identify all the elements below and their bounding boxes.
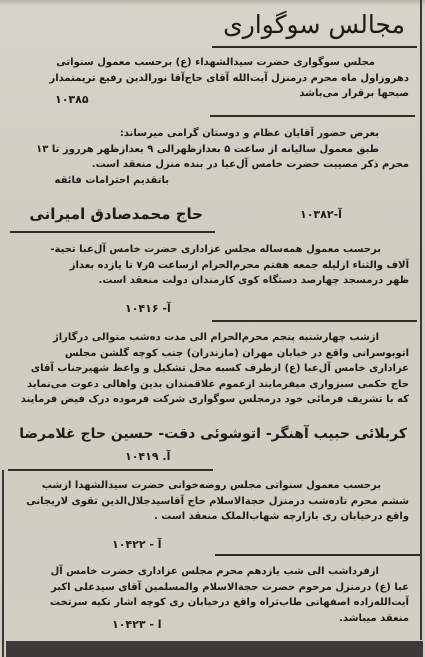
notice-line: دهروزاول ماه محرم درمنزل آیت‌الله آقای ح… bbox=[14, 71, 409, 87]
newspaper-clipping: مجالس سوگواری مجلس سوگواری حضرت سیدالشهد… bbox=[0, 0, 425, 657]
separator-rule bbox=[8, 469, 213, 471]
notice-line: آلاف والثناء ازلیله جمعه هفتم محرم‌الحرا… bbox=[14, 258, 409, 274]
notice-ref-number: آ-۱۰۳۸۲ bbox=[300, 208, 342, 221]
notice-line: ازفرداشب الی شب یازدهم محرم مجلس عزاداری… bbox=[14, 564, 409, 580]
notice-ref-number: ا - ۱۰۴۲۳ bbox=[112, 618, 162, 631]
separator-rule bbox=[212, 320, 417, 322]
notice-line: بعرض حضور آقایان عظام و دوستان گرامی میر… bbox=[14, 126, 409, 142]
notice-ref-number: آ - ۱۰۴۲۲ bbox=[112, 538, 162, 551]
notice-signature: کربلائی حبیب آهنگر- اتوشوئی دقت- حسین حا… bbox=[19, 426, 407, 442]
notice-ref-number: آ. ۱۰۴۱۹ bbox=[125, 450, 170, 463]
notice-2: بعرض حضور آقایان عظام و دوستان گرامی میر… bbox=[14, 126, 409, 188]
notice-ref-number: ۱۰۳۸۵ bbox=[55, 93, 89, 106]
column-rule-right bbox=[420, 0, 422, 640]
notice-line: طبق معمول سالیانه از ساعت ۵ بعدازظهرالی … bbox=[14, 142, 409, 158]
notice-line: ظهر درمسجد چهارصد دستگاه کوی کارمندان دو… bbox=[14, 273, 409, 289]
notice-line: مجلس سوگواری حضرت سیدالشهداء (ع) برحسب م… bbox=[14, 55, 409, 71]
notice-ref-number: آ- ۱۰۴۱۶ bbox=[125, 302, 171, 315]
notice-line: ازشب چهارشنبه پنجم محرم‌الحرام الی مدت د… bbox=[14, 330, 409, 346]
separator-rule bbox=[215, 554, 420, 556]
scan-shadow bbox=[0, 0, 425, 6]
notice-line: عبا (ع) درمنزل مرحوم حضرت حجة‌الاسلام وا… bbox=[14, 580, 409, 596]
notice-6: ازفرداشب الی شب یازدهم محرم مجلس عزاداری… bbox=[14, 564, 409, 626]
separator-rule bbox=[210, 115, 415, 117]
notice-line: حاج حکمی سبزواری میفرمایند ازعموم علاقمن… bbox=[14, 377, 409, 393]
notice-5: برحسب معمول سنواتی مجلس روضه‌خوانی حضرت … bbox=[14, 478, 409, 525]
notice-4: ازشب چهارشنبه پنجم محرم‌الحرام الی مدت د… bbox=[14, 330, 409, 408]
notice-line: محرم ذکر مصیبت حضرت خامس آل‌عبا در بنده … bbox=[14, 157, 409, 173]
section-header: مجالس سوگواری bbox=[212, 8, 417, 48]
notice-line: آیت‌الله‌زاده اصفهانی طاب‌ثراه واقع درخی… bbox=[14, 595, 409, 611]
notice-line: عزاداری خامس آل‌عبا (ع) ازطرف کسبه محل ت… bbox=[14, 361, 409, 377]
notice-signature: حاج محمدصادق امیرانی bbox=[29, 205, 203, 223]
notice-line: واقع درخیابان ری بازارچه شهاب‌الملک منعق… bbox=[14, 509, 409, 525]
notice-line: منعقد میباشد. bbox=[14, 611, 409, 627]
notice-line: باتقدیم احترامات فائقه bbox=[14, 173, 409, 189]
column-rule-left bbox=[2, 470, 4, 657]
section-title: مجالس سوگواری bbox=[223, 10, 405, 39]
notice-line: برحسب معمول همه‌ساله مجلس عزاداری حضرت خ… bbox=[14, 242, 409, 258]
notice-line: ششم محرم تاده‌شب درمنزل حجة‌الاسلام حاج … bbox=[14, 494, 409, 510]
separator-rule bbox=[10, 231, 215, 233]
bottom-dark-band bbox=[6, 641, 423, 657]
notice-line: اتوبوسرانی واقع در خیابان مهران (مازندرا… bbox=[14, 346, 409, 362]
notice-line: که با تشریف فرمائی خود درمجلس سوگواری شر… bbox=[14, 392, 409, 408]
notice-3: برحسب معمول همه‌ساله مجلس عزاداری حضرت خ… bbox=[14, 242, 409, 289]
notice-line: برحسب معمول سنواتی مجلس روضه‌خوانی حضرت … bbox=[14, 478, 409, 494]
